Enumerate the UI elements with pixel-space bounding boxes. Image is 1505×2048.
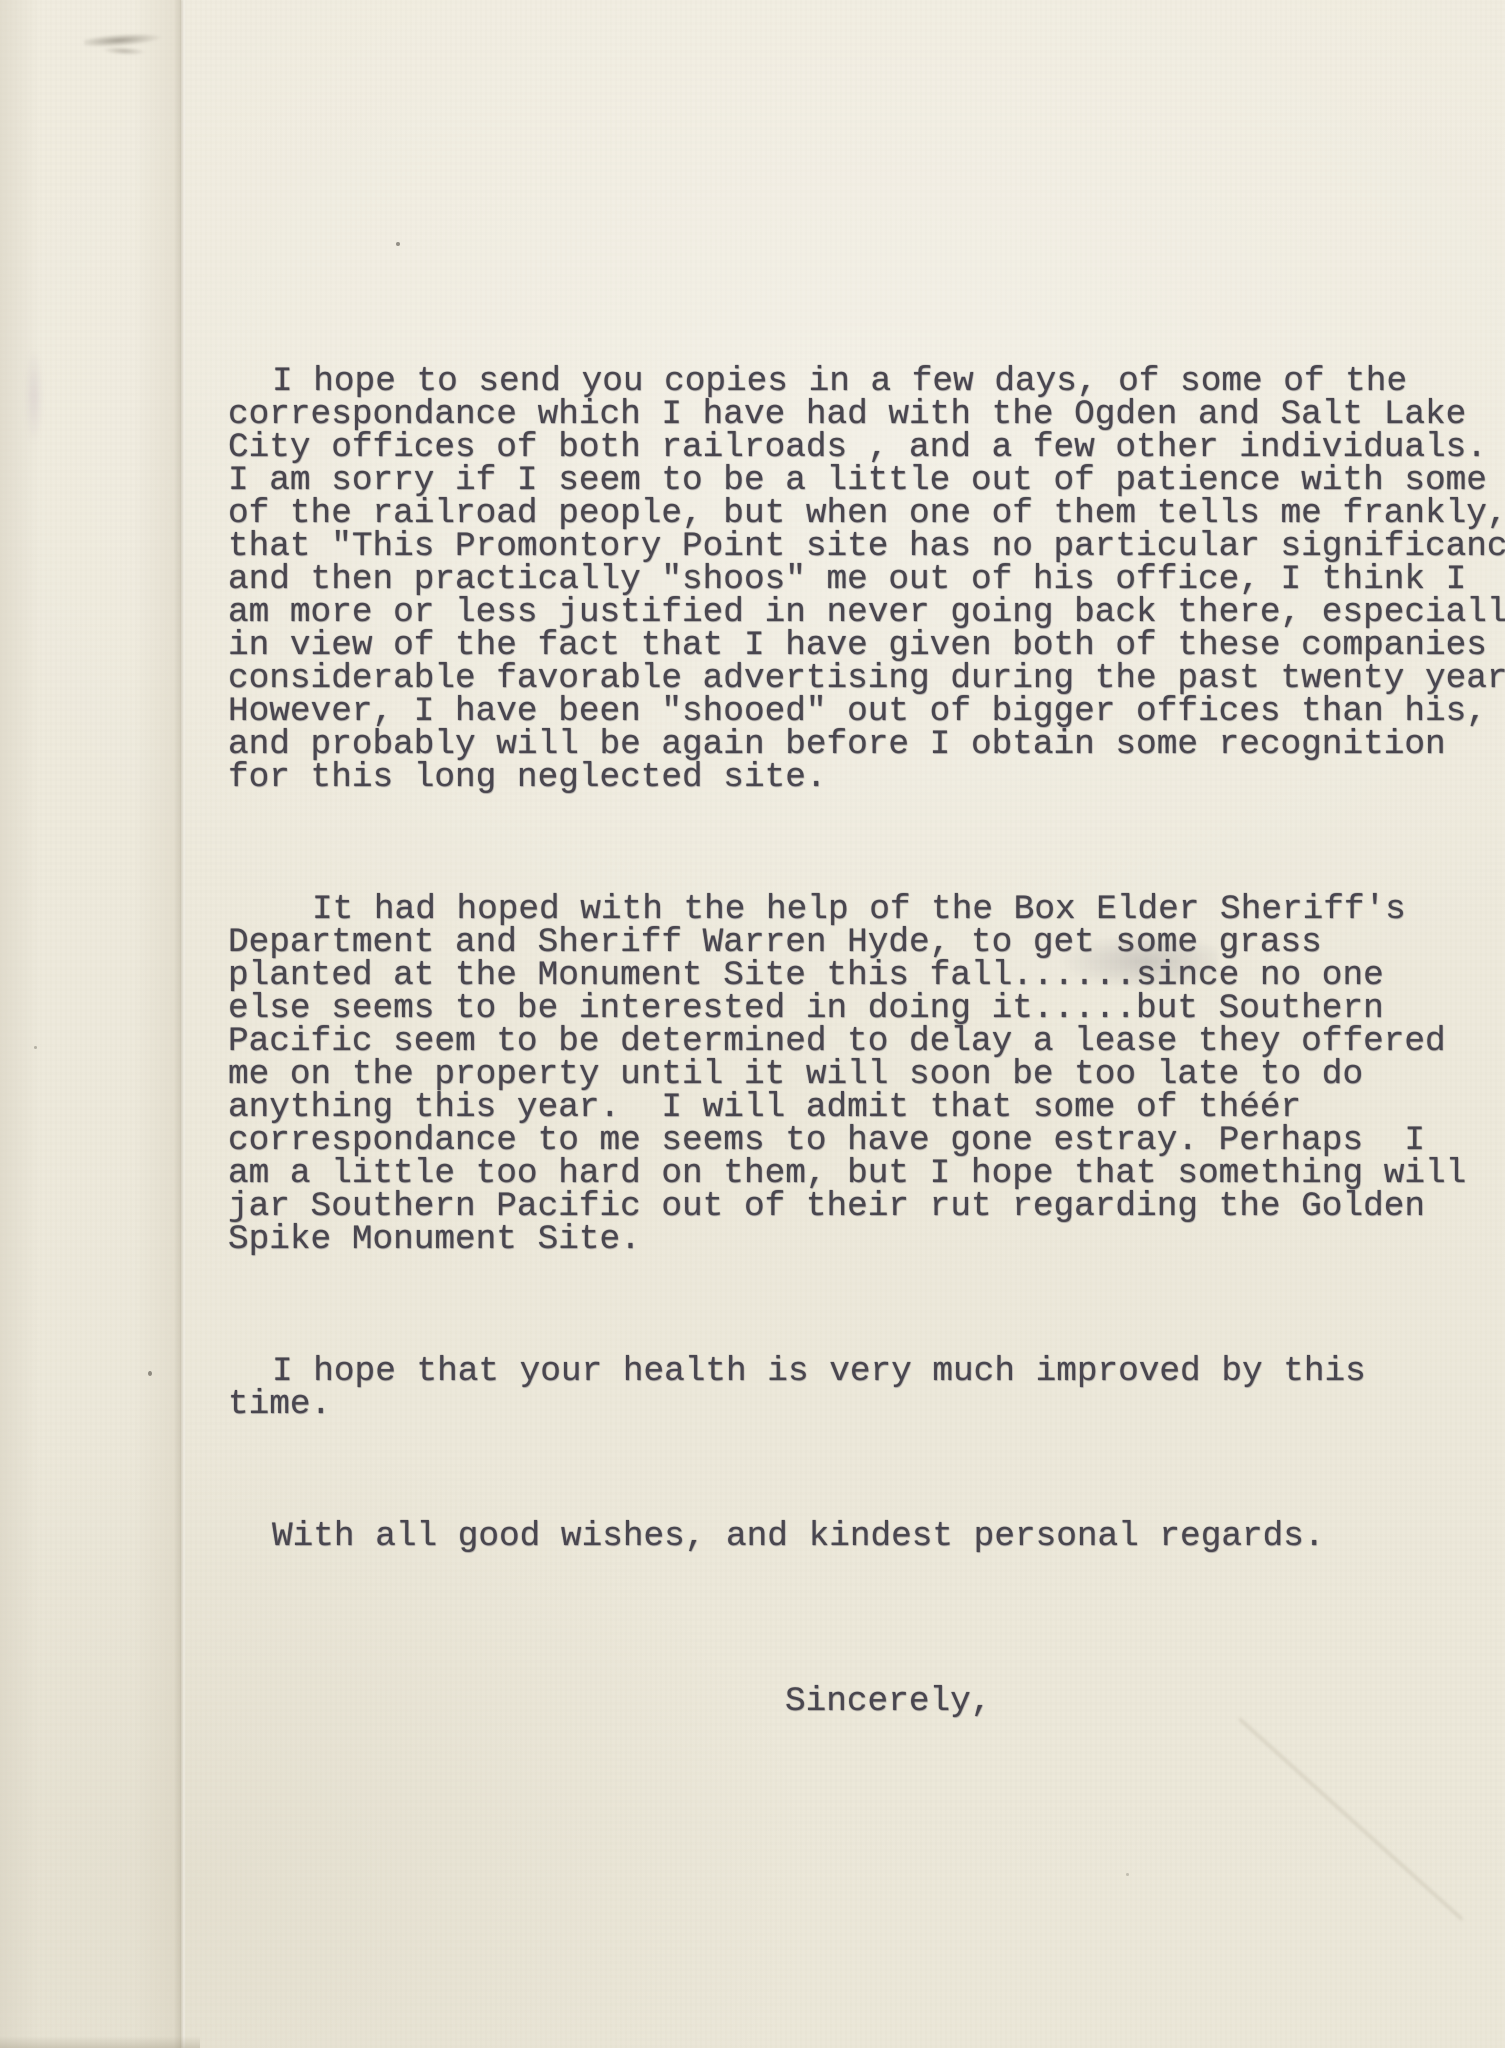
text-line: anything this year. I will admit that so… <box>228 1091 1505 1124</box>
text-line: It had hoped with the help of the Box El… <box>228 893 1505 926</box>
paper-speck <box>148 1371 152 1376</box>
text-line: for this long neglected site. <box>228 761 1505 794</box>
paper-speck <box>396 242 400 246</box>
text-line: correspondance to me seems to have gone … <box>228 1124 1505 1157</box>
text-line: am a little too hard on them, but I hope… <box>228 1157 1505 1190</box>
text-line: and then practically "shoos" me out of h… <box>228 563 1505 596</box>
text-line: City offices of both railroads , and a f… <box>228 431 1505 464</box>
letter-paragraph: With all good wishes, and kindest person… <box>228 1520 1505 1553</box>
text-line: jar Southern Pacific out of their rut re… <box>228 1190 1505 1223</box>
text-line: and probably will be again before I obta… <box>228 728 1505 761</box>
text-line: planted at the Monument Site this fall..… <box>228 959 1505 992</box>
letter-page: I hope to send you copies in a few days,… <box>0 0 1505 2048</box>
text-line: in view of the fact that I have given bo… <box>228 629 1505 662</box>
faint-ink-smudge <box>26 350 42 442</box>
paper-speck <box>34 1046 37 1049</box>
text-line: me on the property until it will soon be… <box>228 1058 1505 1091</box>
letter-paragraph: I hope to send you copies in a few days,… <box>228 365 1505 794</box>
paper-left-edge-shading <box>0 0 181 2048</box>
text-line: Spike Monument Site. <box>228 1223 1505 1256</box>
text-line: considerable favorable advertising durin… <box>228 662 1505 695</box>
letter-paragraph: It had hoped with the help of the Box El… <box>228 893 1505 1256</box>
text-line: I am sorry if I seem to be a little out … <box>228 464 1505 497</box>
text-line: that "This Promontory Point site has no … <box>228 530 1505 563</box>
paper-speck <box>1126 1873 1129 1876</box>
letter-body: I hope to send you copies in a few days,… <box>228 299 1505 1784</box>
text-line: of the railroad people, but when one of … <box>228 497 1505 530</box>
text-line: am more or less justified in never going… <box>228 596 1505 629</box>
text-line: else seems to be interested in doing it.… <box>228 992 1505 1025</box>
text-line: time. <box>228 1388 1505 1421</box>
text-line: I hope to send you copies in a few days,… <box>228 365 1505 398</box>
text-line: I hope that your health is very much imp… <box>228 1355 1505 1388</box>
text-line: Pacific seem to be determined to delay a… <box>228 1025 1505 1058</box>
text-line: With all good wishes, and kindest person… <box>228 1520 1505 1553</box>
signoff-line: Sincerely, <box>228 1685 1505 1718</box>
letter-paragraph: I hope that your health is very much imp… <box>228 1355 1505 1421</box>
paper-fold-crease-line <box>181 0 185 2048</box>
text-line: correspondance which I have had with the… <box>228 398 1505 431</box>
paper-bottom-edge-shadow <box>0 2036 200 2048</box>
text-line: Department and Sheriff Warren Hyde, to g… <box>228 926 1505 959</box>
text-line: However, I have been "shooed" out of big… <box>228 695 1505 728</box>
